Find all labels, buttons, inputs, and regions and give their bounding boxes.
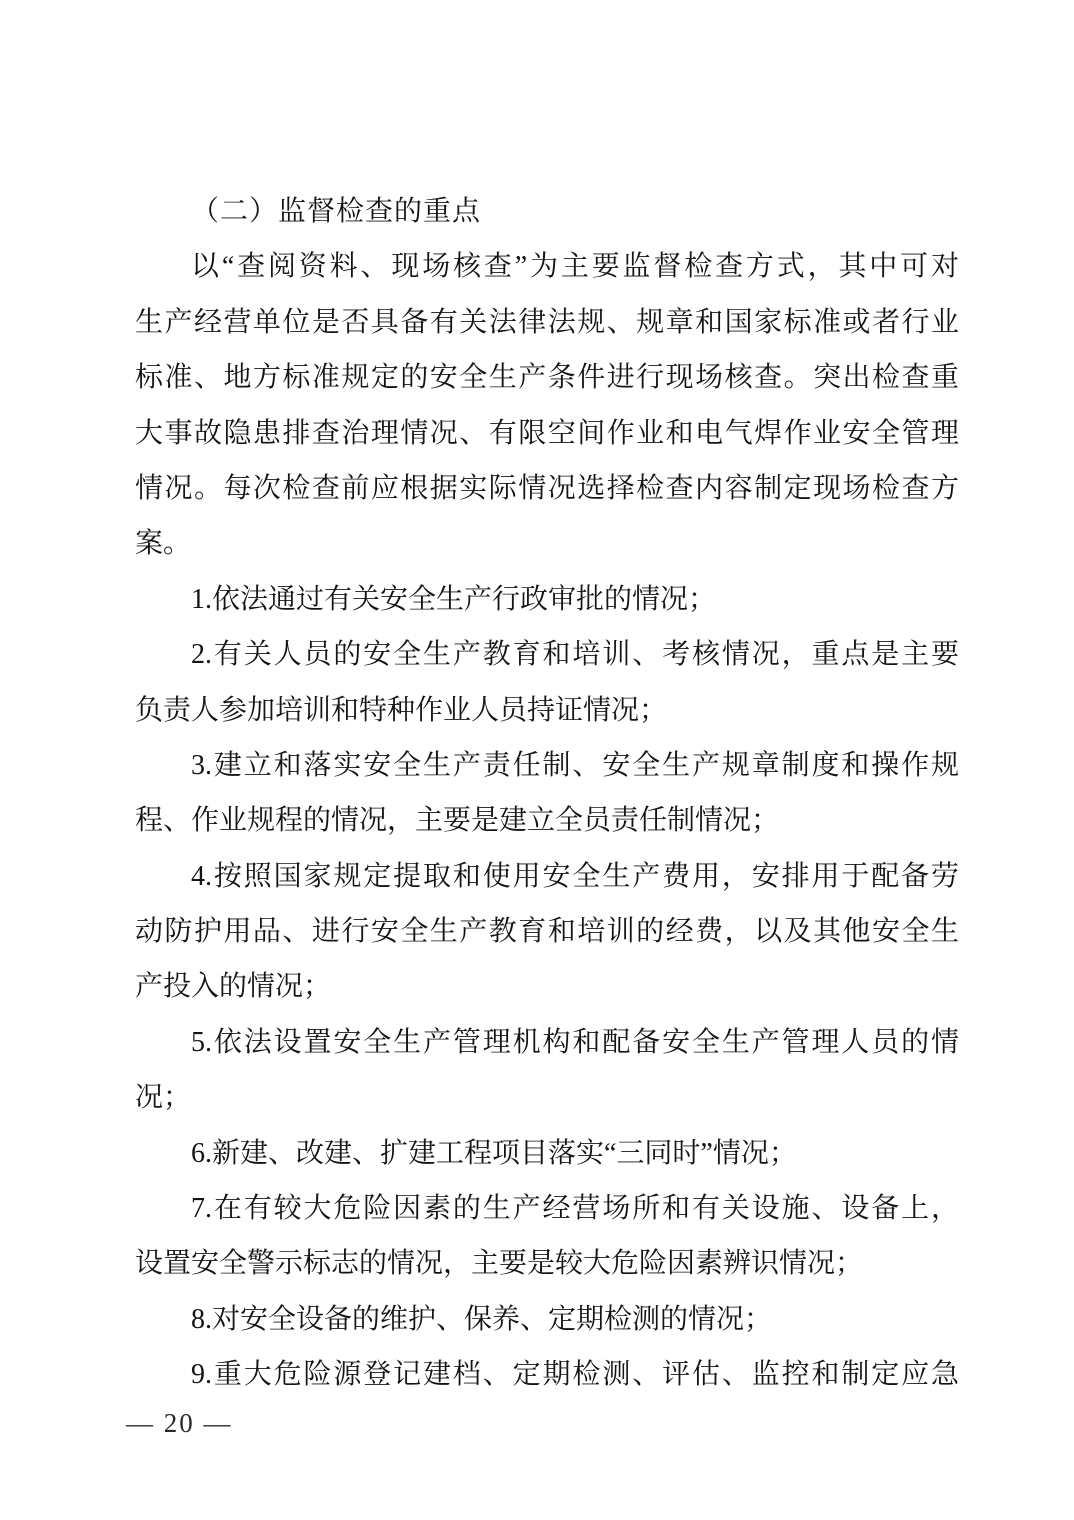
text-line: 大事故隐患排查治理情况、有限空间作业和电气焊作业安全管理 <box>135 406 959 461</box>
list-item-4: 4.按照国家规定提取和使用安全生产费用，安排用于配备劳 <box>135 849 959 904</box>
section-heading: （二）监督检查的重点 <box>135 184 959 239</box>
text-line: 负责人参加培训和特种作业人员持证情况； <box>135 683 959 738</box>
text-line: 以“查阅资料、现场核查”为主要监督检查方式，其中可对 <box>135 239 959 294</box>
text-line: 产投入的情况； <box>135 959 959 1014</box>
list-item-3: 3.建立和落实安全生产责任制、安全生产规章制度和操作规 <box>135 738 959 793</box>
document-page: （二）监督检查的重点 以“查阅资料、现场核查”为主要监督检查方式，其中可对 生产… <box>0 0 1074 1520</box>
list-item-1: 1.依法通过有关安全生产行政审批的情况； <box>135 572 959 627</box>
page-number: — 20 — <box>126 1406 233 1440</box>
text-line: 动防护用品、进行安全生产教育和培训的经费，以及其他安全生 <box>135 904 959 959</box>
text-line: 况； <box>135 1070 959 1125</box>
text-line: 生产经营单位是否具备有关法律法规、规章和国家标准或者行业 <box>135 295 959 350</box>
text-line: 情况。每次检查前应根据实际情况选择检查内容制定现场检查方 <box>135 461 959 516</box>
list-item-7: 7.在有较大危险因素的生产经营场所和有关设施、设备上， <box>135 1181 959 1236</box>
text-line: 案。 <box>135 516 959 571</box>
list-item-2: 2.有关人员的安全生产教育和培训、考核情况，重点是主要 <box>135 627 959 682</box>
list-item-8: 8.对安全设备的维护、保养、定期检测的情况； <box>135 1292 959 1347</box>
text-line: 设置安全警示标志的情况，主要是较大危险因素辨识情况； <box>135 1236 959 1291</box>
text-line: 程、作业规程的情况，主要是建立全员责任制情况； <box>135 793 959 848</box>
list-item-9: 9.重大危险源登记建档、定期检测、评估、监控和制定应急 <box>135 1347 959 1402</box>
list-item-5: 5.依法设置安全生产管理机构和配备安全生产管理人员的情 <box>135 1015 959 1070</box>
text-line: 标准、地方标准规定的安全生产条件进行现场核查。突出检查重 <box>135 350 959 405</box>
page-content: （二）监督检查的重点 以“查阅资料、现场核查”为主要监督检查方式，其中可对 生产… <box>135 184 959 1403</box>
list-item-6: 6.新建、改建、扩建工程项目落实“三同时”情况； <box>135 1126 959 1181</box>
